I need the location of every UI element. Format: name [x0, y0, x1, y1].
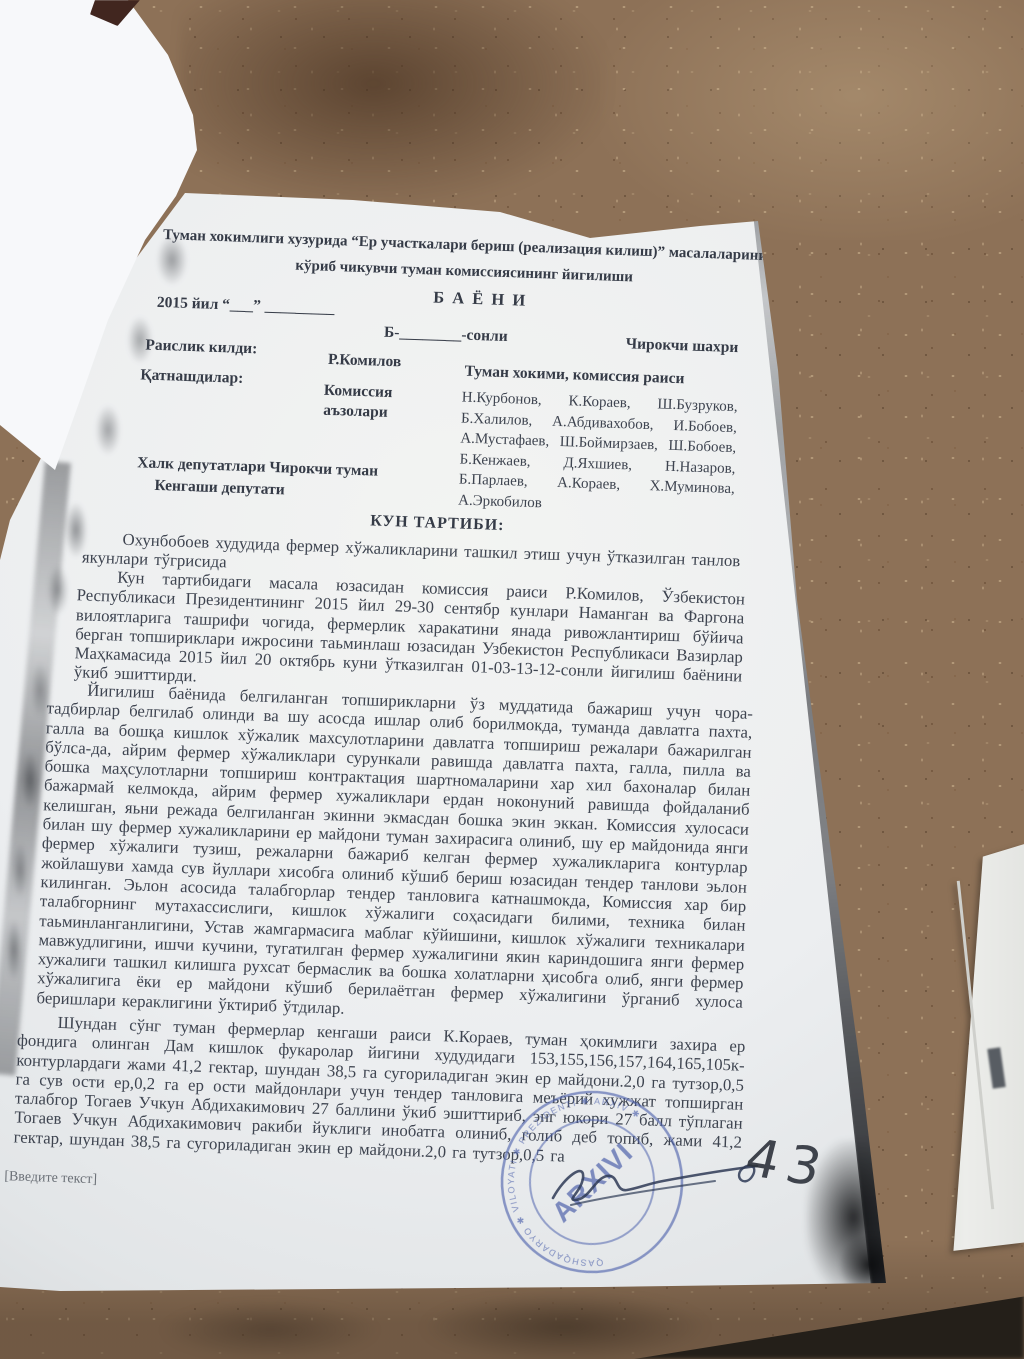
commission-members-list: Н.Курбонов, К.Кораев, Ш.Бузруков, Б.Хали…	[458, 388, 738, 521]
paper-stack-sheet	[940, 840, 1024, 1255]
handwritten-page-number: 43	[739, 1128, 835, 1199]
date-line: 2015 йил “___” _________	[157, 294, 335, 318]
participants-label: Қатнашдилар:	[140, 366, 244, 388]
paragraph-3: Йигилиш баёнида белгиланган топширикларн…	[36, 679, 753, 1031]
chair-role: Туман хокими, комиссия раиси	[464, 363, 684, 389]
table-stain-top	[180, 0, 610, 210]
footer-placeholder: [Введите текст]	[4, 1169, 97, 1188]
document-header: Туман хокимлиги хузурида “Ер участкалари…	[156, 222, 773, 295]
photo-scene: Туман хокимлиги хузурида “Ер участкалари…	[0, 0, 1024, 1359]
table-stain-bottom-center	[420, 1292, 710, 1359]
city-label: Чирокчи шахри	[625, 335, 738, 357]
chair-name: Р.Комилов	[328, 351, 402, 372]
document-title: Б А Ё Н И	[365, 285, 596, 313]
paper-stack	[940, 840, 1024, 1255]
commission-group-label: Комиссия аъзолари	[323, 381, 444, 425]
table-stain-bottom-left	[160, 1300, 380, 1359]
deputies-block: Халк депутатлари Чирокчи туман Кенгаши д…	[136, 452, 378, 504]
protocol-number-line: Б-________-сонли	[384, 324, 508, 346]
table-highlight	[600, 0, 1024, 240]
chair-label: Раислик килди:	[145, 336, 258, 358]
